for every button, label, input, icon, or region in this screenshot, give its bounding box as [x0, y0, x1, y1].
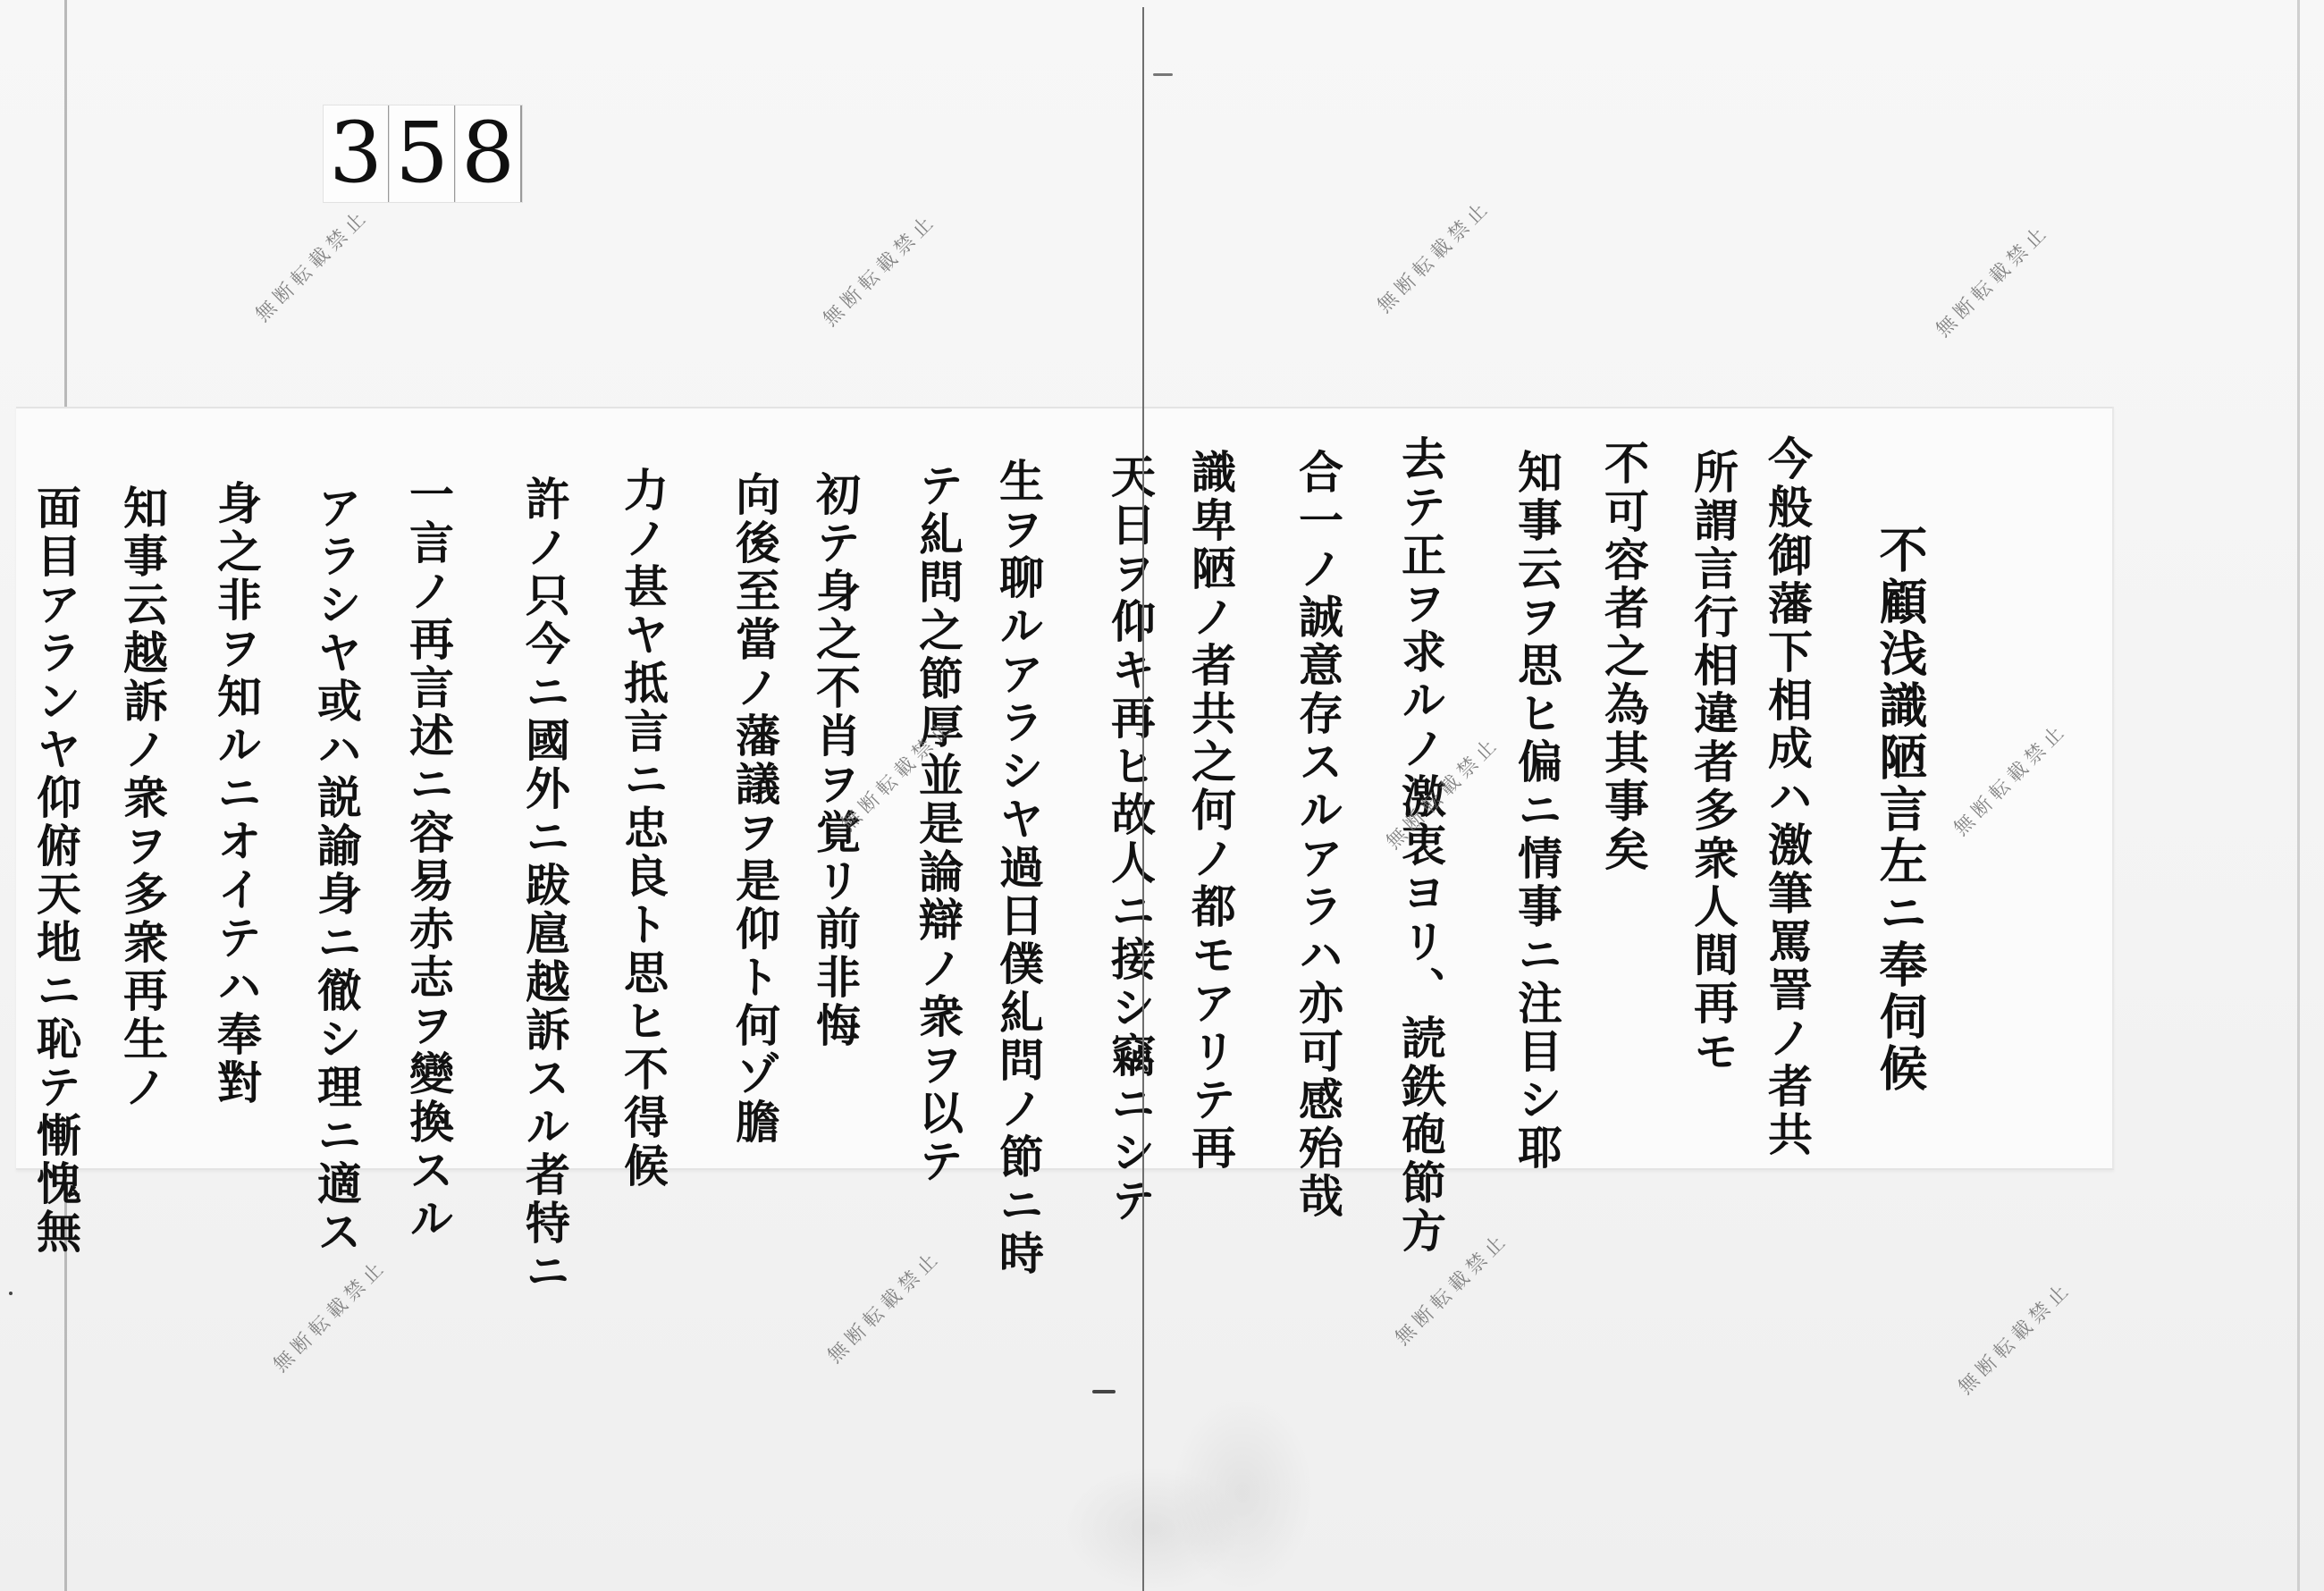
manuscript-column: 一言ノ再言述ニ容易赤志ヲ變換スル: [396, 471, 460, 1243]
scan-smudge: [1064, 1466, 1242, 1591]
watermark: 無断転載禁止: [816, 206, 942, 332]
manuscript-column: 初テ身之不肖ヲ覚リ前非悔: [803, 471, 867, 1050]
manuscript-column: 向後至當ノ藩議ヲ是仰ト何ゾ膽: [722, 471, 787, 1147]
manuscript-column: 許ノ只今ニ國外ニ跋扈越訴スル者特ニ: [512, 476, 577, 1296]
watermark: 無断転載禁止: [248, 201, 375, 327]
manuscript-slip: 不顧浅識陋言左ニ奉伺候 今般御藩下相成ハ激筆罵詈ノ者共 所謂言行相違者多衆人間再…: [16, 407, 2114, 1170]
page-number-digit: 8: [456, 105, 522, 202]
page-number: 3 5 8: [324, 105, 522, 202]
manuscript-column: 身之非ヲ知ルニオイテハ奉對: [204, 480, 268, 1107]
watermark: 無断転載禁止: [1951, 1274, 2077, 1400]
manuscript-column: テ糺問之節厚並是論辯ノ衆ヲ以テ: [905, 462, 970, 1186]
ink-mark: [1153, 73, 1173, 76]
page-number-digit: 5: [390, 105, 456, 202]
document-mount: 3 5 8 不顧浅識陋言左ニ奉伺候 今般御藩下相成ハ激筆罵詈ノ者共 所謂言行相違…: [0, 0, 2324, 1591]
manuscript-column: 力ノ甚ヤ抵言ニ忠良ト思ヒ不得候: [610, 467, 675, 1191]
manuscript-column: 生ヲ聊ルアラシヤ過日僕糺問ノ節ニ時: [986, 458, 1050, 1278]
manuscript-column: 今般御藩下相成ハ激筆罵詈ノ者共: [1755, 435, 1819, 1159]
manuscript-column: 合一ノ誠意存スルアラハ亦可感殆哉: [1285, 449, 1350, 1221]
page-number-digit: 3: [324, 105, 390, 202]
manuscript-column: 天日ヲ仰キ再ヒ故人ニ接シ竊ニシテ: [1098, 453, 1162, 1225]
watermark: 無断転載禁止: [266, 1251, 392, 1377]
watermark: 無断転載禁止: [821, 1242, 947, 1368]
mount-right-edge: [2297, 0, 2300, 1591]
center-fold-line: [1142, 7, 1144, 1591]
manuscript-column: 不可容者之為其事矣: [1591, 440, 1655, 874]
manuscript-column: 面目アランヤ仰俯天地ニ恥テ慚愧無: [23, 484, 88, 1257]
watermark: 無断転載禁止: [1929, 216, 2055, 342]
manuscript-column: アラシヤ或ハ説諭身ニ徹シ理ニ適ス: [304, 484, 368, 1257]
ink-mark: [1092, 1390, 1116, 1393]
manuscript-column: 所謂言行相違者多衆人間再モ: [1680, 449, 1745, 1076]
manuscript-column: 知事云越訴ノ衆ヲ多衆再生ノ: [110, 484, 174, 1112]
watermark: 無断転載禁止: [1370, 192, 1496, 318]
manuscript-column: 識卑陋ノ者共之何ノ都モアリテ再: [1178, 449, 1242, 1173]
ink-mark: [9, 1292, 13, 1295]
document-title: 不顧浅識陋言左ニ奉伺候: [1866, 525, 1935, 1095]
manuscript-column: 知事云ヲ思ヒ偏ニ情事ニ注目シ耶: [1504, 449, 1569, 1173]
